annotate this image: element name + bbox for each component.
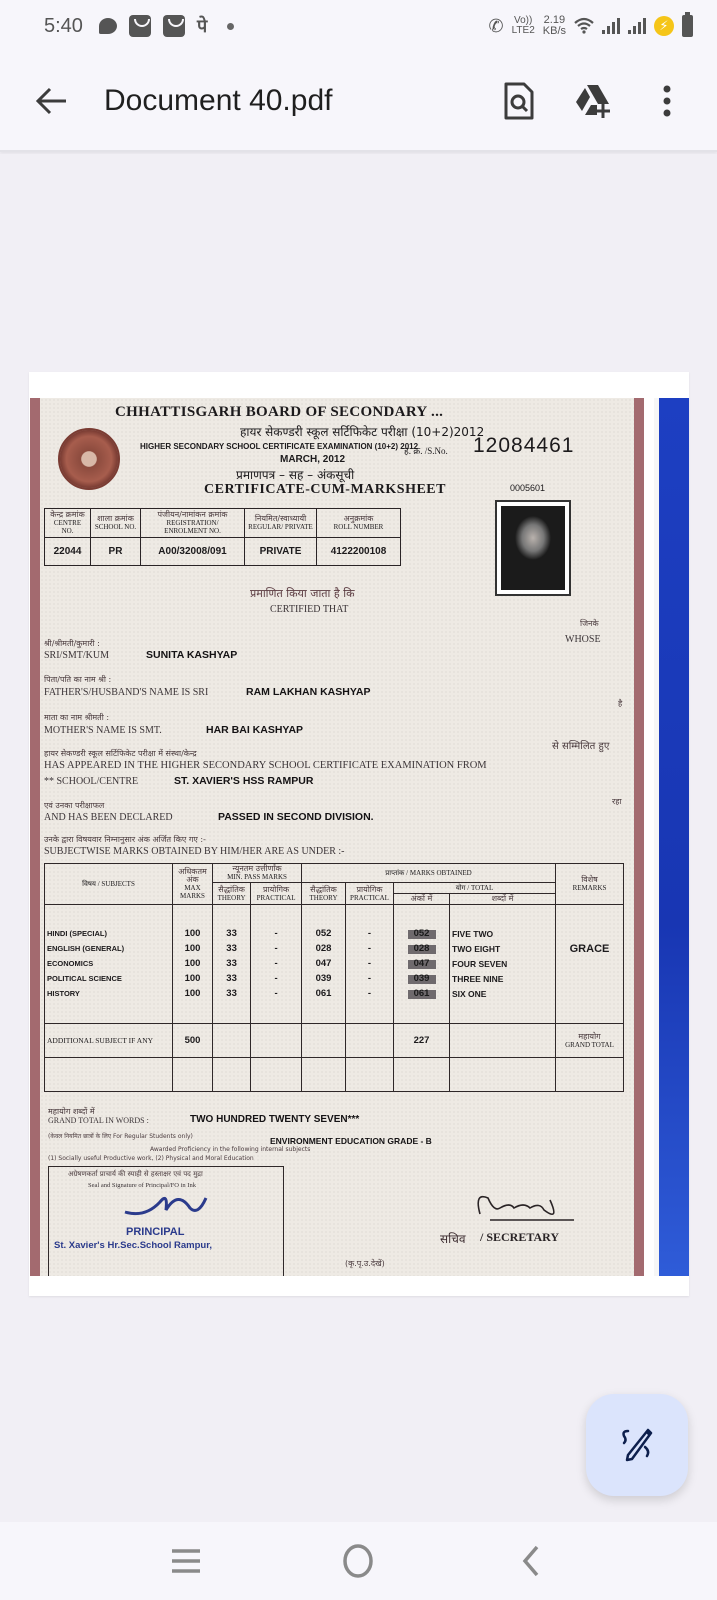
- marks-cell-practical: -: [346, 957, 394, 972]
- marks-cell-practical: -: [346, 987, 394, 1002]
- marks-cell-practical: -: [346, 942, 394, 957]
- exam-title: HIGHER SECONDARY SCHOOL CERTIFICATE EXAM…: [140, 442, 418, 451]
- marks-cell-words: THREE NINE: [450, 972, 556, 987]
- marks-cell-practical: -: [346, 972, 394, 987]
- result-division: PASSED IN SECOND DIVISION.: [218, 811, 374, 823]
- back-button[interactable]: [30, 79, 74, 123]
- marks-cell-words: FIVE TWO: [450, 927, 556, 942]
- marks-cell-total: 028: [394, 942, 450, 957]
- doc-type-hindi: प्रमाणपत्र – सह – अंकसूची: [236, 466, 354, 483]
- marks-cell-min-practical: -: [251, 987, 302, 1002]
- principal-signature: [120, 1182, 210, 1222]
- sheet-number: 0005601: [510, 483, 545, 493]
- regular-private: PRIVATE: [245, 538, 317, 566]
- secretary-label: / SECRETARY: [480, 1230, 559, 1245]
- exam-session: MARCH, 2012: [280, 454, 345, 465]
- marks-cell-subject: HINDI (SPECIAL): [45, 927, 173, 942]
- marks-cell-max: 100: [173, 942, 213, 957]
- marks-cell-subject: ECONOMICS: [45, 957, 173, 972]
- marks-cell-min-practical: -: [251, 957, 302, 972]
- clock: 5:40: [44, 15, 83, 38]
- recents-icon: [170, 1547, 202, 1575]
- marks-cell-max: 100: [173, 972, 213, 987]
- candidate-name: SUNITA KASHYAP: [146, 649, 237, 661]
- marks-row: ECONOMICS10033-047-047FOUR SEVEN: [45, 957, 624, 972]
- board-title: CHHATTISGARH BOARD OF SECONDARY ...: [115, 404, 443, 421]
- registration-no: A00/32008/091: [141, 538, 245, 566]
- school-name: ST. XAVIER'S HSS RAMPUR: [174, 775, 313, 787]
- background-blue-edge: [659, 398, 689, 1276]
- father-label: FATHER'S/HUSBAND'S NAME IS SRI: [44, 687, 208, 698]
- grand-words-label: GRAND TOTAL IN WORDS :: [48, 1116, 149, 1125]
- annotate-pen-icon: [620, 1427, 654, 1463]
- shopping-bag-icon: [129, 15, 151, 37]
- school-stamp: St. Xavier's Hr.Sec.School Rampur,: [54, 1240, 212, 1251]
- please-turn-over: (कृ.पृ.उ.देखें): [345, 1258, 385, 1269]
- appeared-text: HAS APPEARED IN THE HIGHER SECONDARY SCH…: [44, 760, 487, 771]
- home-button[interactable]: [328, 1531, 388, 1591]
- marks-row: HINDI (SPECIAL)10033-052-052FIVE TWO: [45, 927, 624, 942]
- marks-cell-min-theory: 33: [213, 942, 251, 957]
- candidate-photo: [495, 500, 571, 596]
- declared-label: AND HAS BEEN DECLARED: [44, 812, 173, 823]
- marks-cell-theory: 039: [302, 972, 346, 987]
- marks-cell-subject: HISTORY: [45, 987, 173, 1002]
- marks-row: POLITICAL SCIENCE10033-039-039THREE NINE: [45, 972, 624, 987]
- phonepe-icon: पे: [197, 14, 207, 38]
- marks-cell-theory: 028: [302, 942, 346, 957]
- pdf-viewer[interactable]: CHHATTISGARH BOARD OF SECONDARY ... हायर…: [0, 154, 717, 1522]
- marks-cell-remarks: [556, 957, 624, 972]
- marks-cell-min-theory: 33: [213, 987, 251, 1002]
- mother-label: MOTHER'S NAME IS SMT.: [44, 725, 162, 736]
- chat-bubble-icon: [99, 18, 117, 34]
- marks-cell-max: 100: [173, 987, 213, 1002]
- signal-icon: [628, 18, 646, 34]
- marks-cell-words: SIX ONE: [450, 987, 556, 1002]
- candidate-info-table: केन्द्र क्रमांकCENTRE NO. शाला क्रमांकSC…: [44, 508, 401, 566]
- call-icon: ✆: [489, 16, 504, 37]
- volte-indicator: Vo)) LTE2: [512, 16, 535, 36]
- marks-cell-min-theory: 33: [213, 972, 251, 987]
- grand-max: 500: [173, 1024, 213, 1058]
- marks-cell-remarks: [556, 987, 624, 1002]
- board-seal-icon: [58, 428, 120, 490]
- name-label: SRI/SMT/KUM: [44, 650, 109, 661]
- serial-number: 12084461: [473, 434, 574, 458]
- back-icon: [521, 1545, 541, 1577]
- centre-no: 22044: [45, 538, 91, 566]
- serial-label: ह. क्र. /S.No.: [404, 444, 448, 457]
- whose-hindi: जिनके: [580, 618, 599, 629]
- app-bar: Document 40.pdf: [0, 52, 717, 152]
- subjectwise-heading: SUBJECTWISE MARKS OBTAINED BY HIM/HER AR…: [44, 846, 345, 857]
- marks-cell-min-theory: 33: [213, 927, 251, 942]
- marks-cell-total: 039: [394, 972, 450, 987]
- secretary-signature: [470, 1188, 580, 1228]
- nav-back-button[interactable]: [501, 1531, 561, 1591]
- arrow-left-icon: [36, 87, 68, 115]
- principal-stamp: PRINCIPAL: [126, 1226, 184, 1238]
- marks-cell-max: 100: [173, 927, 213, 942]
- school-no: PR: [91, 538, 141, 566]
- home-icon: [342, 1544, 374, 1578]
- system-nav-bar: [0, 1522, 717, 1600]
- recents-button[interactable]: [156, 1531, 216, 1591]
- marks-cell-min-practical: -: [251, 927, 302, 942]
- marks-table: विषय / SUBJECTS अधिकतम अंकMAX MARKS न्यू…: [44, 863, 624, 1092]
- doc-type: CERTIFICATE-CUM-MARKSHEET: [204, 482, 446, 498]
- marks-cell-max: 100: [173, 957, 213, 972]
- additional-subject-label: ADDITIONAL SUBJECT IF ANY: [45, 1024, 173, 1058]
- marks-cell-min-practical: -: [251, 942, 302, 957]
- exam-title-hindi: हायर सेकण्डरी स्कूल सर्टिफिकेट परीक्षा (…: [240, 423, 484, 440]
- marks-cell-theory: 047: [302, 957, 346, 972]
- marks-cell-theory: 061: [302, 987, 346, 1002]
- environment-grade: ENVIRONMENT EDUCATION GRADE - B: [270, 1136, 432, 1146]
- shopping-bag-icon: [163, 15, 185, 37]
- marks-cell-total: 047: [394, 957, 450, 972]
- add-to-drive-icon: [575, 84, 611, 118]
- marks-cell-words: FOUR SEVEN: [450, 957, 556, 972]
- marks-cell-total: 061: [394, 987, 450, 1002]
- network-speed: 2.19 KB/s: [543, 15, 566, 37]
- marks-row: ENGLISH (GENERAL)10033-028-028TWO EIGHTG…: [45, 942, 624, 957]
- marks-cell-remarks: [556, 972, 624, 987]
- marks-cell-remarks: [556, 927, 624, 942]
- signal-icon: [602, 18, 620, 34]
- marksheet-scan: CHHATTISGARH BOARD OF SECONDARY ... हायर…: [30, 398, 644, 1276]
- mother-name: HAR BAI KASHYAP: [206, 724, 303, 736]
- marks-cell-words: TWO EIGHT: [450, 942, 556, 957]
- grand-total-label: GRAND TOTAL: [558, 1041, 621, 1049]
- battery-icon: [682, 15, 693, 37]
- marks-cell-min-practical: -: [251, 972, 302, 987]
- annotate-button[interactable]: [586, 1394, 688, 1496]
- status-bar: 5:40 पे ✆ Vo)) LTE2 2.19 KB/s ⚡: [0, 0, 717, 52]
- whose-text: WHOSE: [565, 634, 601, 645]
- certified-text: CERTIFIED THAT: [270, 604, 348, 615]
- grand-total: 227: [394, 1024, 450, 1058]
- marks-cell-remarks: GRACE: [556, 942, 624, 957]
- more-vert-icon: [662, 84, 672, 118]
- marks-cell-theory: 052: [302, 927, 346, 942]
- wifi-icon: [574, 17, 594, 35]
- marks-cell-practical: -: [346, 927, 394, 942]
- pdf-page[interactable]: CHHATTISGARH BOARD OF SECONDARY ... हायर…: [29, 372, 689, 1296]
- add-to-drive-button[interactable]: [573, 81, 613, 121]
- marks-cell-subject: POLITICAL SCIENCE: [45, 972, 173, 987]
- marks-cell-min-theory: 33: [213, 957, 251, 972]
- roll-number: 4122200108: [317, 538, 401, 566]
- father-name: RAM LAKHAN KASHYAP: [246, 686, 370, 698]
- marks-cell-subject: ENGLISH (GENERAL): [45, 942, 173, 957]
- find-in-page-icon: [503, 82, 535, 120]
- charging-icon: ⚡: [654, 16, 674, 36]
- marks-cell-total: 052: [394, 927, 450, 942]
- school-label: ** SCHOOL/CENTRE: [44, 776, 138, 787]
- find-in-page-button[interactable]: [499, 81, 539, 121]
- certified-hindi: प्रमाणित किया जाता है कि: [250, 586, 355, 601]
- dot-icon: [227, 23, 234, 30]
- marks-row: HISTORY10033-061-061SIX ONE: [45, 987, 624, 1002]
- more-options-button[interactable]: [647, 81, 687, 121]
- grand-total-words: TWO HUNDRED TWENTY SEVEN***: [190, 1114, 359, 1125]
- document-title: Document 40.pdf: [104, 84, 332, 118]
- secretary-hindi: सचिव: [440, 1230, 466, 1247]
